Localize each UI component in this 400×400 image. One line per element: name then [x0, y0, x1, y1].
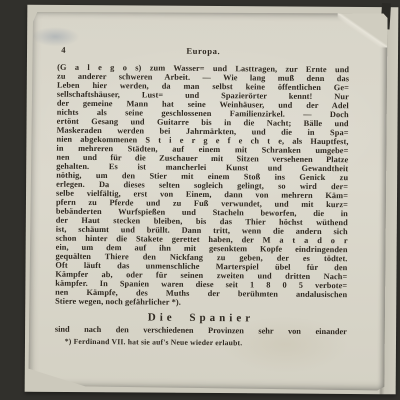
body-text: (G a l e g o s) zum Wasser= und Lasttrag… — [55, 63, 349, 309]
section-heading: Die Spanier — [55, 311, 347, 326]
book-page: 4 Europa. (G a l e g o s) zum Wasser= un… — [28, 10, 387, 390]
running-header: Europa. — [57, 45, 349, 58]
footnote: *) Ferdinand VII. hat sie auf's Neue wie… — [65, 337, 347, 348]
scanned-book-page: 4 Europa. (G a l e g o s) zum Wasser= un… — [0, 0, 400, 400]
page-number: 4 — [61, 45, 66, 55]
page-corner-fold — [337, 13, 387, 47]
section-first-line: sind nach den verschiedenen Provinzen se… — [55, 325, 347, 338]
page-header: 4 Europa. — [57, 45, 349, 59]
